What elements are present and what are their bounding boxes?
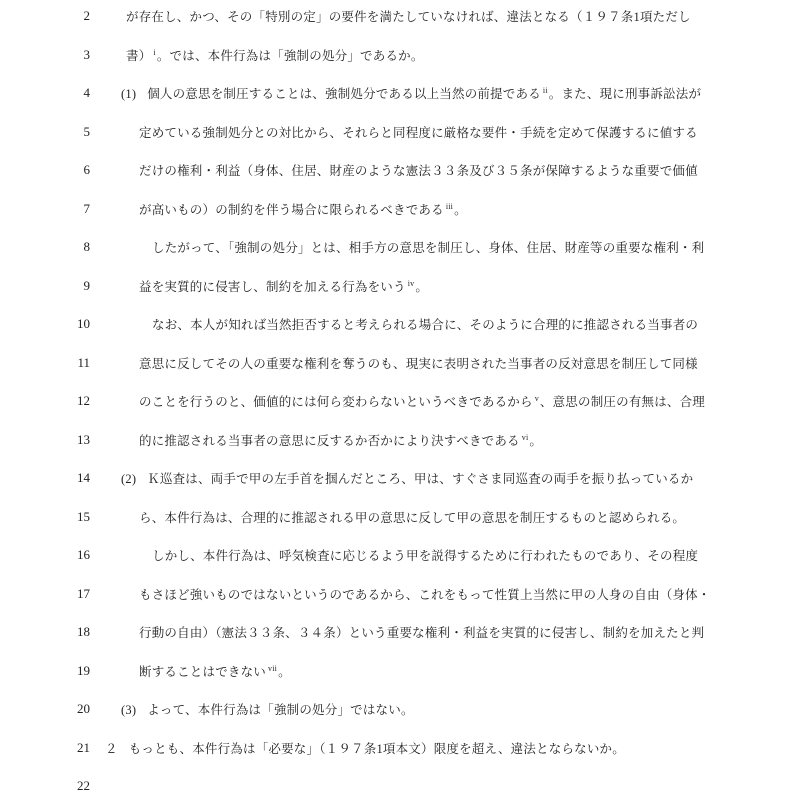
text-segment: もっとも、本件行為は「必要な」（１９７条1項本文）限度を超え、違法とならないか。 (129, 742, 625, 756)
document-line: 12のことを行うのと、価値的には何ら変わらないというべきであるからv、意思の制圧… (0, 382, 800, 421)
document-line: 6だけの権利・利益（身体、住居、財産のような憲法３３条及び３５条が保障するような… (0, 151, 800, 190)
document-line: 8したがって、「強制の処分」とは、相手方の意思を制圧し、身体、住居、財産等の重要… (0, 228, 800, 267)
line-number: 13 (0, 432, 90, 448)
line-number: 20 (0, 701, 90, 717)
footnote-ref: ii (543, 86, 548, 95)
document-line: 17もさほど強いものではないというのであるから、これをもって性質上当然に甲の人身… (0, 575, 800, 614)
line-text: したがって、「強制の処分」とは、相手方の意思を制圧し、身体、住居、財産等の重要な… (152, 238, 704, 256)
document-line: 15ら、本件行為は、合理的に推認される甲の意思に反して甲の意思を制圧するものと認… (0, 498, 800, 537)
text-segment: 。 (454, 203, 467, 217)
text-segment: しかし、本件行為は、呼気検査に応じるよう甲を説得するために行われたものであり、そ… (152, 549, 698, 563)
text-segment: よって、本件行為は「強制の処分」ではない。 (147, 703, 413, 717)
document-line: 21２もっとも、本件行為は「必要な」（１９７条1項本文）限度を超え、違法とならな… (0, 729, 800, 768)
line-text: 定めている強制処分との対比から、それらと同程度に厳格な要件・手続を定めて保護する… (139, 123, 698, 141)
text-segment: 。また、現に刑事訴訟法が (549, 87, 701, 101)
line-text: ２もっとも、本件行為は「必要な」（１９７条1項本文）限度を超え、違法とならないか… (105, 739, 625, 757)
list-marker: ２ (105, 739, 118, 757)
footnote-ref: i (153, 48, 155, 57)
line-number: 7 (0, 201, 90, 217)
line-number: 22 (0, 778, 90, 794)
document-line: 2が存在し、かつ、その「特別の定」の要件を満たしていなければ、違法となる（１９７… (0, 0, 800, 36)
document-line: 7が高いもの）の制約を伴う場合に限られるべきであるiii。 (0, 190, 800, 229)
line-number: 3 (0, 47, 90, 63)
document-line: 9益を実質的に侵害し、制約を加える行為をいうiv。 (0, 267, 800, 306)
line-number: 6 (0, 162, 90, 178)
list-marker: (3) (121, 703, 136, 718)
line-text: (2)Ｋ巡査は、両手で甲の左手首を掴んだところ、甲は、すぐさま同巡査の両手を振り… (121, 469, 693, 487)
document-line: 19断することはできないvii。 (0, 652, 800, 691)
document-line: 5定めている強制処分との対比から、それらと同程度に厳格な要件・手続を定めて保護す… (0, 113, 800, 152)
footnote-ref: iv (408, 279, 415, 288)
text-segment: が存在し、かつ、その「特別の定」の要件を満たしていなければ、違法となる（１９７条… (126, 10, 691, 24)
line-text: 断することはできないvii。 (139, 662, 291, 680)
line-number: 5 (0, 124, 90, 140)
text-segment: なお、本人が知れば当然拒否すると考えられる場合に、そのように合理的に推認される当… (152, 318, 698, 332)
document-line: 3書）i。では、本件行為は「強制の処分」であるか。 (0, 36, 800, 75)
text-segment: のことを行うのと、価値的には何ら変わらないというべきであるから (139, 395, 533, 409)
text-segment: 。では、本件行為は「強制の処分」であるか。 (157, 49, 424, 63)
text-segment: だけの権利・利益（身体、住居、財産のような憲法３３条及び３５条が保障するような重… (139, 164, 698, 178)
text-segment: 的に推認される当事者の意思に反するか否かにより決すべきである (139, 434, 520, 448)
line-text: もさほど強いものではないというのであるから、これをもって性質上当然に甲の人身の自… (139, 585, 711, 603)
line-number: 8 (0, 239, 90, 255)
text-segment: 益を実質的に侵害し、制約を加える行為をいう (139, 280, 406, 294)
line-number: 14 (0, 470, 90, 486)
line-text: が高いもの）の制約を伴う場合に限られるべきであるiii。 (139, 200, 467, 218)
line-text: 的に推認される当事者の意思に反するか否かにより決すべきであるvi。 (139, 431, 542, 449)
line-text: のことを行うのと、価値的には何ら変わらないというべきであるからv、意思の制圧の有… (139, 392, 705, 410)
line-text: (3)よって、本件行為は「強制の処分」ではない。 (121, 700, 414, 718)
line-number: 15 (0, 509, 90, 525)
line-number: 16 (0, 547, 90, 563)
line-text: 行動の自由）（憲法３３条、３４条）という重要な権利・利益を実質的に侵害し、制約を… (139, 623, 704, 641)
text-segment: 行動の自由）（憲法３３条、３４条）という重要な権利・利益を実質的に侵害し、制約を… (139, 626, 704, 640)
document-line: 11意思に反してその人の重要な権利を奪うのも、現実に表明された当事者の反対意思を… (0, 344, 800, 383)
text-segment: 。 (529, 434, 542, 448)
line-text: 書）i。では、本件行為は「強制の処分」であるか。 (126, 46, 424, 64)
document-line: 22 (0, 767, 800, 800)
document-line: 14(2)Ｋ巡査は、両手で甲の左手首を掴んだところ、甲は、すぐさま同巡査の両手を… (0, 459, 800, 498)
text-segment: 。 (278, 665, 291, 679)
document-body: 2が存在し、かつ、その「特別の定」の要件を満たしていなければ、違法となる（１９７… (0, 0, 800, 800)
line-text: が存在し、かつ、その「特別の定」の要件を満たしていなければ、違法となる（１９７条… (126, 7, 691, 25)
document-line: 16しかし、本件行為は、呼気検査に応じるよう甲を説得するために行われたものであり… (0, 536, 800, 575)
text-segment: 断することはできない (139, 665, 266, 679)
text-segment: ら、本件行為は、合理的に推認される甲の意思に反して甲の意思を制圧するものと認めら… (139, 511, 685, 525)
line-number: 10 (0, 316, 90, 332)
text-segment: もさほど強いものではないというのであるから、これをもって性質上当然に甲の人身の自… (139, 588, 711, 602)
line-number: 4 (0, 85, 90, 101)
line-text: ら、本件行為は、合理的に推認される甲の意思に反して甲の意思を制圧するものと認めら… (139, 508, 685, 526)
text-segment: 意思に反してその人の重要な権利を奪うのも、現実に表明された当事者の反対意思を制圧… (139, 357, 698, 371)
line-text: なお、本人が知れば当然拒否すると考えられる場合に、そのように合理的に推認される当… (152, 315, 698, 333)
footnote-ref: vi (522, 433, 529, 442)
text-segment: Ｋ巡査は、両手で甲の左手首を掴んだところ、甲は、すぐさま同巡査の両手を振り払って… (147, 472, 693, 486)
line-text: 意思に反してその人の重要な権利を奪うのも、現実に表明された当事者の反対意思を制圧… (139, 354, 698, 372)
line-number: 9 (0, 278, 90, 294)
text-segment: が高いもの）の制約を伴う場合に限られるべきである (139, 203, 444, 217)
line-number: 21 (0, 740, 90, 756)
line-text: だけの権利・利益（身体、住居、財産のような憲法３３条及び３５条が保障するような重… (139, 161, 698, 179)
text-segment: 個人の意思を制圧することは、強制処分である以上当然の前提である (147, 87, 541, 101)
line-text: 益を実質的に侵害し、制約を加える行為をいうiv。 (139, 277, 428, 295)
line-number: 19 (0, 663, 90, 679)
line-number: 11 (0, 355, 90, 371)
document-page: 2が存在し、かつ、その「特別の定」の要件を満たしていなければ、違法となる（１９７… (0, 0, 800, 800)
line-text: (1)個人の意思を制圧することは、強制処分である以上当然の前提であるii。また、… (121, 84, 701, 102)
text-segment: 。 (415, 280, 428, 294)
list-marker: (1) (121, 87, 136, 102)
footnote-ref: v (535, 394, 539, 403)
line-number: 18 (0, 624, 90, 640)
text-segment: したがって、「強制の処分」とは、相手方の意思を制圧し、身体、住居、財産等の重要な… (152, 241, 704, 255)
document-line: 4(1)個人の意思を制圧することは、強制処分である以上当然の前提であるii。また… (0, 74, 800, 113)
line-number: 12 (0, 393, 90, 409)
document-line: 20(3)よって、本件行為は「強制の処分」ではない。 (0, 690, 800, 729)
text-segment: 定めている強制処分との対比から、それらと同程度に厳格な要件・手続を定めて保護する… (139, 126, 698, 140)
text-segment: 書） (126, 49, 151, 63)
document-line: 13的に推認される当事者の意思に反するか否かにより決すべきであるvi。 (0, 421, 800, 460)
line-number: 17 (0, 586, 90, 602)
footnote-ref: vii (268, 664, 277, 673)
line-number: 2 (0, 8, 90, 24)
footnote-ref: iii (446, 202, 453, 211)
list-marker: (2) (121, 472, 136, 487)
document-line: 18行動の自由）（憲法３３条、３４条）という重要な権利・利益を実質的に侵害し、制… (0, 613, 800, 652)
text-segment: 、意思の制圧の有無は、合理 (540, 395, 705, 409)
document-line: 10なお、本人が知れば当然拒否すると考えられる場合に、そのように合理的に推認され… (0, 305, 800, 344)
line-text: しかし、本件行為は、呼気検査に応じるよう甲を説得するために行われたものであり、そ… (152, 546, 698, 564)
